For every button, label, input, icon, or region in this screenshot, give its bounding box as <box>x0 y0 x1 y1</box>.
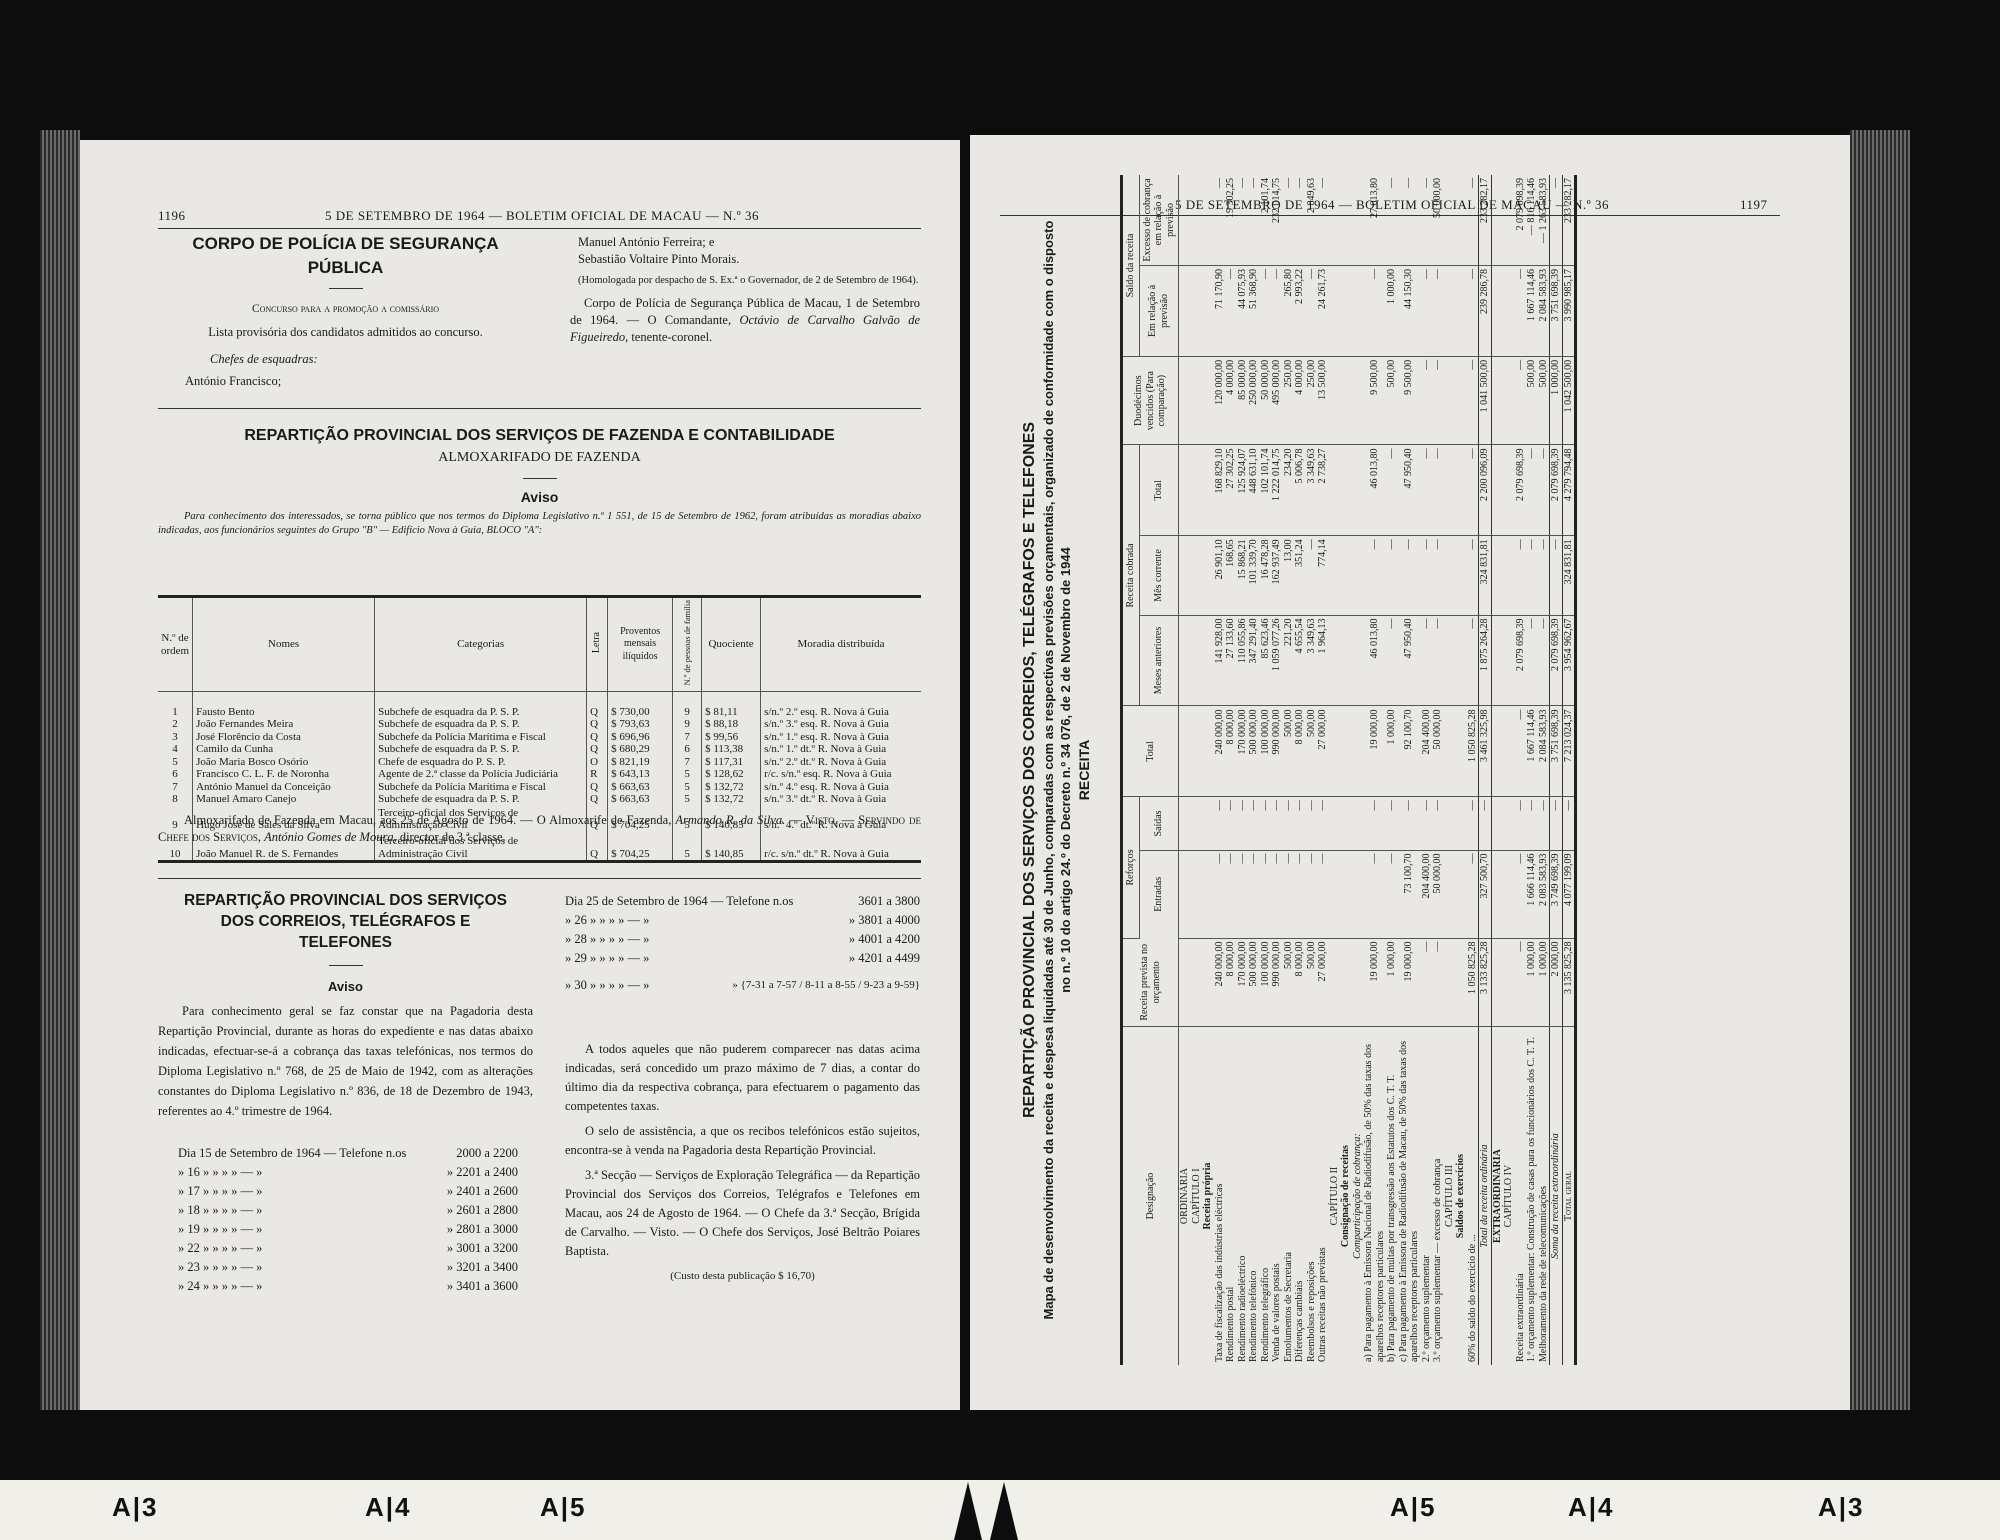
table-row: c) Para pagamento à Emissora de Radiodif… <box>1398 175 1421 1365</box>
candidate: Sebastião Voltaire Pinto Morais. <box>570 251 920 268</box>
total-row: Soma da receita extraordinária2 000,003 … <box>1550 175 1563 1365</box>
table-row: 7António Manuel da ConceiçãoSubchefe da … <box>158 781 921 794</box>
table-row: Outras receitas não previstas27 000,00——… <box>1317 175 1329 1365</box>
center-notch-right <box>990 1482 1018 1540</box>
col-prevista: Receita prevista no orçamento <box>1122 938 1179 1027</box>
header-rule <box>158 228 921 229</box>
correios-notice-title: Aviso <box>158 978 533 995</box>
schedule-row: » 26 » » » » — »» 3801 a 4000 <box>565 911 920 930</box>
col-pessoas: N.º de pessoas de família <box>681 600 694 686</box>
schedule-row: Dia 25 de Setembro de 1964 — Telefone n.… <box>565 892 920 911</box>
divider <box>523 478 557 479</box>
table-row: Diferenças cambiais8 000,00——8 000,004 6… <box>1294 175 1306 1365</box>
table-row: 8Manuel Amaro CanejoSubchefe de esquadra… <box>158 793 921 806</box>
table-row: b) Para pagamento de multas por transgre… <box>1386 175 1398 1365</box>
col-entradas: Entradas <box>1139 850 1179 938</box>
table-row: Venda de valores postais990 000,00——990 … <box>1271 175 1283 1365</box>
col-em-relacao: Em relação à previsão <box>1139 265 1179 356</box>
col-total: Total <box>1122 706 1179 797</box>
col-letra: Letra <box>591 632 604 653</box>
film-marker: A|3 <box>112 1492 159 1523</box>
table-row: 3José Florêncio da CostaSubchefe da Polí… <box>158 731 921 744</box>
section-rule <box>158 408 921 409</box>
fazenda-director-rank: director de 3.ª classe. <box>400 830 506 844</box>
film-marker: A|3 <box>1818 1492 1865 1523</box>
table-row: Rendimento telefónico500 000,00——500 000… <box>1248 175 1260 1365</box>
right-page-edge <box>1850 130 1910 1410</box>
col-cobrada: Receita cobrada <box>1122 445 1140 706</box>
homologation-note: (Homologada por despacho de S. Ex.ª o Go… <box>570 274 920 287</box>
table-row: Emolumentos de Secretaria500,00——500,002… <box>1283 175 1295 1365</box>
col-anteriores: Meses anteriores <box>1139 615 1179 706</box>
left-page: 1196 5 DE SETEMBRO DE 1964 — BOLETIM OFI… <box>80 140 960 1410</box>
map-title: REPARTIÇÃO PROVINCIAL DOS SERVIÇOS DOS C… <box>1020 175 1040 1365</box>
center-notch-left <box>954 1482 982 1540</box>
divider <box>329 288 363 289</box>
correios-para-3: 3.ª Secção — Serviços de Exploração Tele… <box>565 1166 920 1261</box>
col-reforcos: Reforços <box>1122 797 1140 938</box>
film-marker: A|4 <box>365 1492 412 1523</box>
fazenda-subtitle: ALMOXARIFADO DE FAZENDA <box>158 449 921 466</box>
film-marker: A|4 <box>1568 1492 1615 1523</box>
candidate: Manuel António Ferreira; e <box>570 234 920 251</box>
col-n: N.º de ordem <box>158 597 193 692</box>
publication-cost: (Custo desta publicação $ 16,70) <box>565 1267 920 1286</box>
schedule-row: » 18 » » » » — »» 2601 a 2800 <box>178 1201 518 1220</box>
col-cobrada-total: Total <box>1139 445 1179 536</box>
phone-schedule-b: Dia 25 de Setembro de 1964 — Telefone n.… <box>565 892 920 995</box>
schedule-row: » 22 » » » » — »» 3001 a 3200 <box>178 1239 518 1258</box>
table-row: Rendimento postal8 000,00——8 000,0027 13… <box>1225 175 1237 1365</box>
left-page-edge <box>40 130 80 1410</box>
correios-title: REPARTIÇÃO PROVINCIAL DOS SERVIÇOS DOS C… <box>158 890 533 953</box>
table-row: Rendimento telegráfico100 000,00——100 00… <box>1260 175 1272 1365</box>
table-row: Rendimento radioeléctrico170 000,00——170… <box>1237 175 1249 1365</box>
table-row: Reembolsos e reposições500,00——500,003 3… <box>1306 175 1318 1365</box>
psp-signatory-rank: tenente-coronel. <box>631 330 712 344</box>
table-row: 4Camilo da CunhaSubchefe de esquadra da … <box>158 743 921 756</box>
table-row: a) Para pagamento à Emissora Nacional de… <box>1363 175 1386 1365</box>
table-row: 3.º orçamento suplementar — excesso de c… <box>1432 175 1444 1365</box>
table-row: 5João Maria Bosco OsórioChefe de esquadr… <box>158 756 921 769</box>
page-number: 1196 <box>158 208 186 224</box>
table-row: 2.º orçamento suplementar—204 400,00—204… <box>1421 175 1433 1365</box>
right-page: 5 DE SETEMBRO DE 1964 — BOLETIM OFICIAL … <box>970 135 1850 1410</box>
correios-notice-text: Para conhecimento geral se faz constar q… <box>158 1001 533 1121</box>
receita-rotated-block: REPARTIÇÃO PROVINCIAL DOS SERVIÇOS DOS C… <box>1020 175 1780 1365</box>
psp-intro: Lista provisória dos candidatos admitido… <box>158 324 533 341</box>
table-row: 2João Fernandes MeiraSubchefe de esquadr… <box>158 718 921 731</box>
col-excesso: Excesso de cobrança em relação à previsã… <box>1139 175 1179 265</box>
table-row: Taxa de fiscalização das indústrias eléc… <box>1214 175 1226 1365</box>
col-corrente: Mês corrente <box>1139 536 1179 615</box>
film-marker: A|5 <box>540 1492 587 1523</box>
table-row: Receita extraordinária————2 079 698,39—2… <box>1515 175 1527 1365</box>
col-quociente: Quociente <box>702 597 761 692</box>
col-duodecimos: Duodécimos vencidos (Para comparação) <box>1122 356 1179 445</box>
table-row: 60% do saldo do exercício de ...1 050 82… <box>1467 175 1479 1365</box>
running-header: 5 DE SETEMBRO DE 1964 — BOLETIM OFICIAL … <box>325 208 759 224</box>
film-marker: A|5 <box>1390 1492 1437 1523</box>
psp-title: CORPO DE POLÍCIA DE SEGURANÇA PÚBLICA <box>158 232 533 280</box>
candidate: António Francisco; <box>158 373 533 390</box>
col-saidas: Saídas <box>1139 797 1179 850</box>
receita-table: Designação Receita prevista no orçamento… <box>1120 175 1577 1365</box>
col-designacao: Designação <box>1122 1027 1179 1365</box>
col-category: Categorias <box>375 597 587 692</box>
schedule-row: » 28 » » » » — »» 4001 a 4200 <box>565 930 920 949</box>
schedule-row: » 29 » » » » — »» 4201 a 4499 <box>565 949 920 968</box>
schedule-row: » 23 » » » » — »» 3201 a 3400 <box>178 1258 518 1277</box>
psp-subtitle: Concurso para a promoção a comissário <box>158 301 533 318</box>
fazenda-title: REPARTIÇÃO PROVINCIAL DOS SERVIÇOS DE FA… <box>158 425 921 447</box>
col-saldo: Saldo da receita <box>1122 175 1140 356</box>
psp-category: Chefes de esquadras: <box>158 351 533 368</box>
fazenda-notice-title: Aviso <box>158 489 921 506</box>
table-row: Melhoramento da rede de telecomunicações… <box>1538 175 1550 1365</box>
schedule-row: » 16 » » » » — »» 2201 a 2400 <box>178 1163 518 1182</box>
fazenda-signatory: Armando R. da Silva. <box>675 813 785 827</box>
map-section: RECEITA <box>1074 175 1094 1365</box>
table-row: 1Fausto BentoSubchefe de esquadra da P. … <box>158 706 921 719</box>
phone-schedule-a: Dia 15 de Setembro de 1964 — Telefone n.… <box>178 1144 518 1296</box>
fazenda-director: António Gomes de Moura, <box>264 830 397 844</box>
col-proventos: Proventos mensais ilíquidos <box>608 597 673 692</box>
correios-para-2: O selo de assistência, a que os recibos … <box>565 1122 920 1160</box>
section-rule <box>158 878 921 879</box>
table-row: 6Francisco C. L. F. de NoronhaAgente de … <box>158 768 921 781</box>
schedule-row: » 19 » » » » — »» 2801 a 3000 <box>178 1220 518 1239</box>
divider <box>329 965 363 966</box>
grand-total-row: Total geral3 135 825,284 077 199,09—7 21… <box>1562 175 1576 1365</box>
map-subtitle: Mapa de desenvolvimento da receita e des… <box>1040 175 1074 1365</box>
correios-para-1: A todos aqueles que não puderem comparec… <box>565 1040 920 1116</box>
col-moradia: Moradia distribuída <box>761 597 921 692</box>
schedule-row: » 17 » » » » — »» 2401 a 2600 <box>178 1182 518 1201</box>
col-names: Nomes <box>193 597 375 692</box>
schedule-row: » 24 » » » » — »» 3401 a 3600 <box>178 1277 518 1296</box>
fazenda-closing: Almoxarifado de Fazenda em Macau, aos 25… <box>184 813 671 827</box>
schedule-row: » 30 » » » » — »» {7-31 a 7-57 / 8-11 a … <box>565 976 920 995</box>
total-row: Total da receita ordinária3 133 825,2832… <box>1479 175 1492 1365</box>
fazenda-notice-text: Para conhecimento dos interessados, se t… <box>158 510 921 538</box>
schedule-row: Dia 15 de Setembro de 1964 — Telefone n.… <box>178 1144 518 1163</box>
table-row: 1.º orçamento suplementar: Construção de… <box>1526 175 1538 1365</box>
